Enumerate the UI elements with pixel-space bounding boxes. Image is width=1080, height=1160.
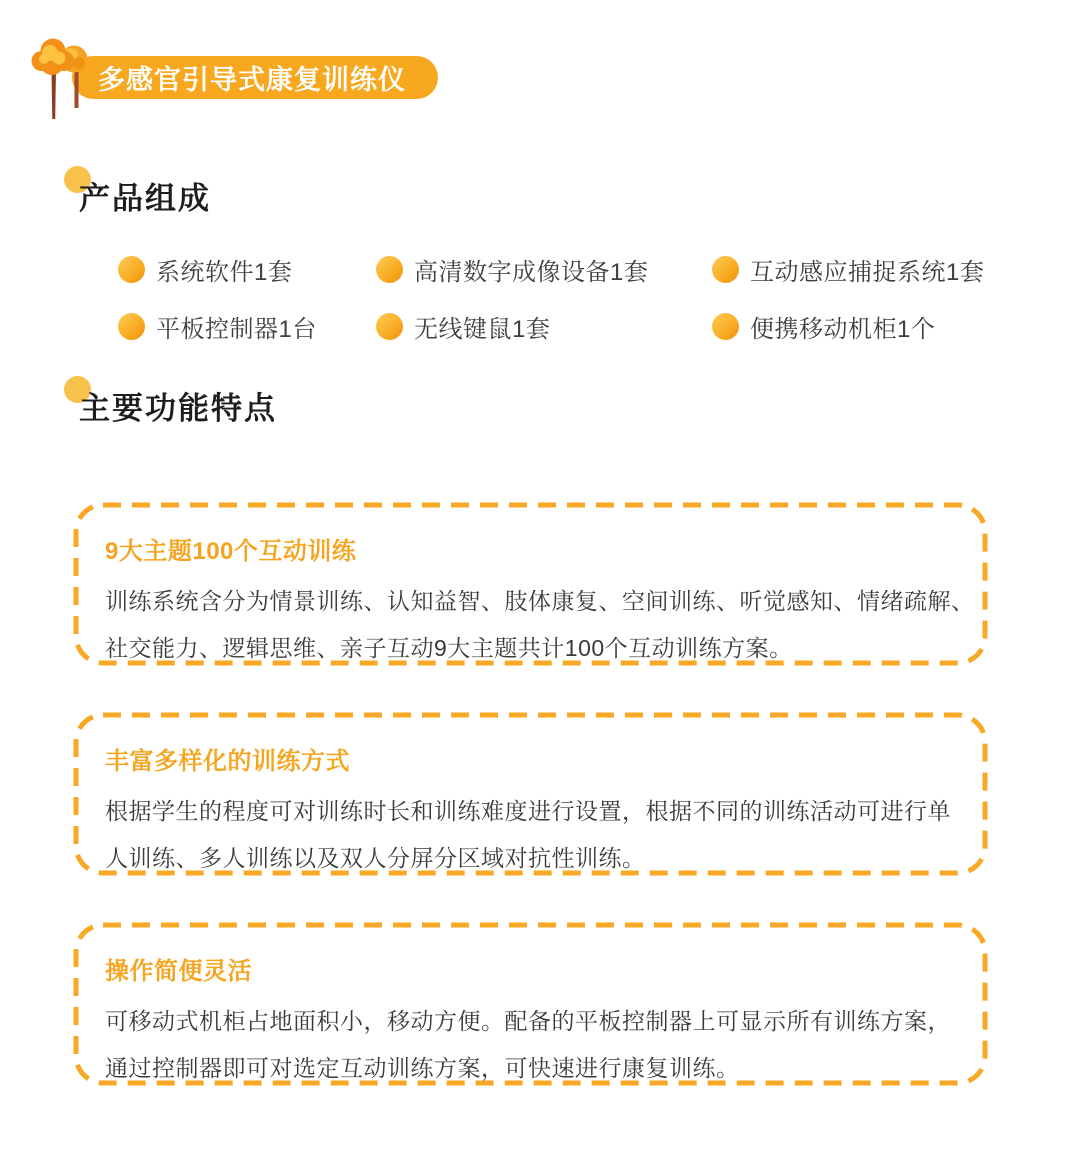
product-flyer-page: 多感官引导式康复训练仪 产品组成 系统软件1套 高清数字成像设备1套 互动感应捕…	[0, 0, 1080, 1160]
feature-card-title: 丰富多样化的训练方式	[105, 741, 960, 776]
feature-card-text-line: 训练系统含分为情景训练、认知益智、肢体康复、空间训练、听觉感知、情绪疏解、	[105, 578, 960, 625]
composition-item: 无线键鼠1套	[376, 311, 712, 341]
features-heading: 主要功能特点	[64, 376, 277, 428]
composition-item-label: 无线键鼠1套	[414, 309, 550, 344]
bullet-dot-icon	[118, 313, 145, 340]
composition-item-label: 平板控制器1台	[156, 309, 317, 344]
trees-icon	[28, 34, 92, 120]
title-banner: 多感官引导式康复训练仪	[72, 56, 438, 99]
bullet-dot-icon	[376, 313, 403, 340]
composition-item-label: 高清数字成像设备1套	[414, 252, 648, 287]
section-heading-composition: 产品组成	[64, 166, 211, 210]
feature-card: 丰富多样化的训练方式 根据学生的程度可对训练时长和训练难度进行设置，根据不同的训…	[73, 712, 988, 876]
composition-heading: 产品组成	[64, 166, 211, 218]
composition-item: 互动感应捕捉系统1套	[712, 254, 984, 284]
feature-card-text-line: 社交能力、逻辑思维、亲子互动9大主题共计100个互动训练方案。	[105, 625, 960, 672]
feature-card-title: 9大主题100个互动训练	[105, 531, 960, 566]
feature-card-text-line: 根据学生的程度可对训练时长和训练难度进行设置，根据不同的训练活动可进行单	[105, 788, 960, 835]
composition-item: 平板控制器1台	[118, 311, 376, 341]
feature-card-text-line: 可移动式机柜占地面积小，移动方便。配备的平板控制器上可显示所有训练方案，	[105, 998, 960, 1045]
composition-list: 系统软件1套 高清数字成像设备1套 互动感应捕捉系统1套 平板控制器1台 无线键…	[118, 254, 984, 368]
composition-item: 高清数字成像设备1套	[376, 254, 712, 284]
feature-card: 操作简便灵活 可移动式机柜占地面积小，移动方便。配备的平板控制器上可显示所有训练…	[73, 922, 988, 1086]
bullet-dot-icon	[118, 256, 145, 283]
page-title: 多感官引导式康复训练仪	[98, 58, 406, 97]
composition-item: 系统软件1套	[118, 254, 376, 284]
feature-card-title: 操作简便灵活	[105, 951, 960, 986]
composition-item-label: 便携移动机柜1个	[750, 309, 935, 344]
section-heading-features: 主要功能特点	[64, 376, 277, 420]
feature-card-text-line: 通过控制器即可对选定互动训练方案，可快速进行康复训练。	[105, 1045, 960, 1092]
feature-card-text-line: 人训练、多人训练以及双人分屏分区域对抗性训练。	[105, 835, 960, 882]
bullet-dot-icon	[712, 256, 739, 283]
composition-item: 便携移动机柜1个	[712, 311, 984, 341]
bullet-dot-icon	[376, 256, 403, 283]
feature-card: 9大主题100个互动训练 训练系统含分为情景训练、认知益智、肢体康复、空间训练、…	[73, 502, 988, 666]
composition-item-label: 互动感应捕捉系统1套	[750, 252, 984, 287]
bullet-dot-icon	[712, 313, 739, 340]
composition-item-label: 系统软件1套	[156, 252, 292, 287]
